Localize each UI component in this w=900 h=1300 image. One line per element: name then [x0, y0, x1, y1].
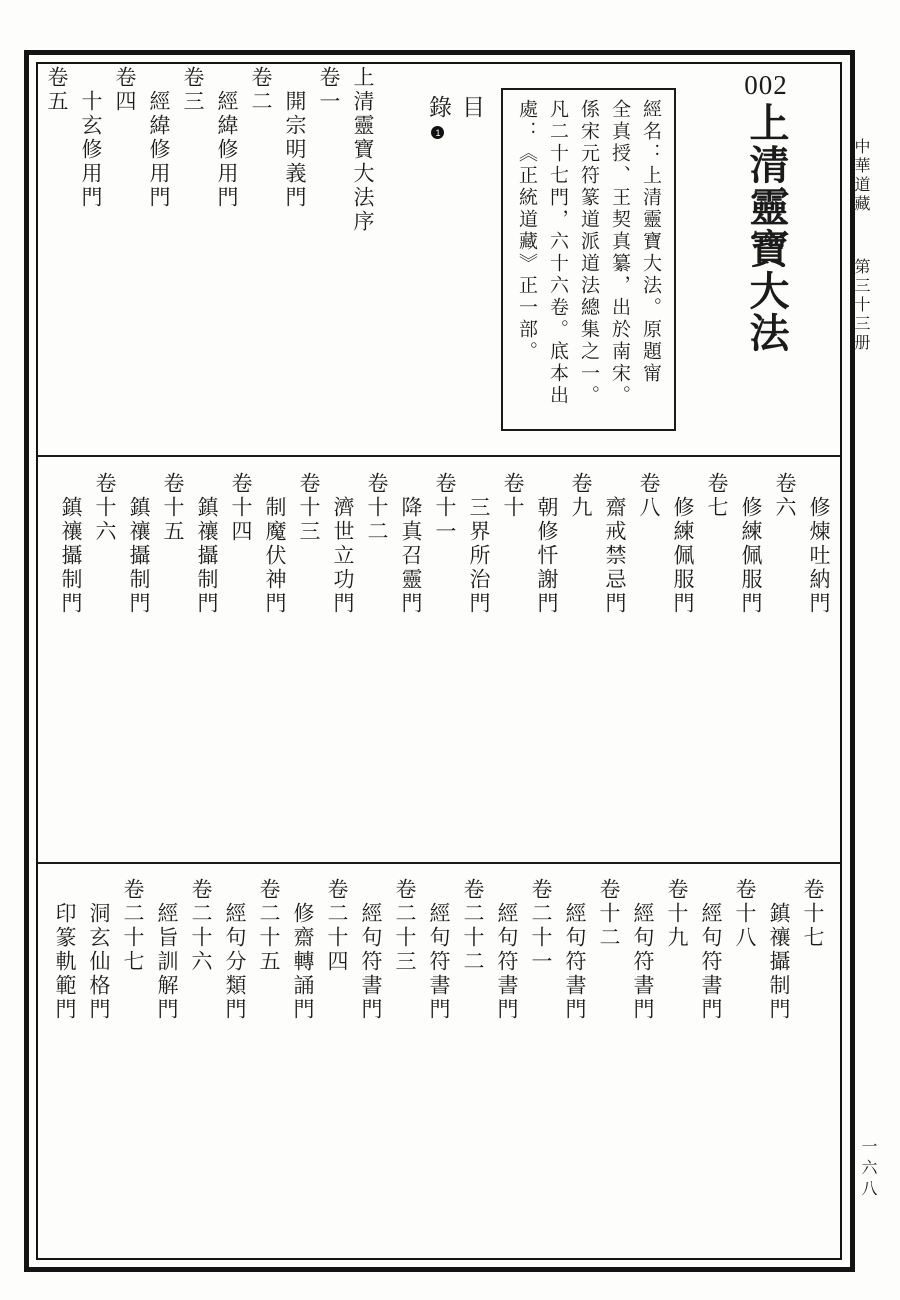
toc-entry-section-name: 修練佩服門: [734, 472, 768, 858]
toc-entry-section-name: 鎮禳攝制門: [762, 878, 796, 1256]
toc-entry: 卷十三: [292, 472, 326, 858]
toc-heading: 目錄1: [422, 95, 488, 192]
toc-entry-section-name: 朝修忏謝門: [530, 472, 564, 858]
toc-entry-section-name: 鎮禳攝制門: [190, 472, 224, 858]
toc-entry-section-name: 經句符書門: [626, 878, 660, 1256]
toc-entry: 卷六: [768, 472, 802, 858]
toc-entry-section-name: 經句符書門: [558, 878, 592, 1256]
colophon-line: 經名：上清靈寶大法。原題甯: [635, 99, 666, 420]
toc-entry: 卷十五: [156, 472, 190, 858]
colophon-line: 處：《正統道藏》正一部。: [511, 99, 542, 420]
toc-entry-section-name: 經句符書門: [694, 878, 728, 1256]
toc-entry: 卷十: [496, 472, 530, 858]
toc-entry-section-name: 三界所治門: [462, 472, 496, 858]
toc-row-1: 上清靈寶大法序卷一開宗明義門卷二經緯修用門卷三經緯修用門卷四十玄修用門卷五: [50, 66, 380, 452]
toc-entry-section-name: 經句符書門: [422, 878, 456, 1256]
toc-entry-section-name: 修煉吐納門: [802, 472, 836, 858]
section-divider-rule-1: [38, 455, 840, 457]
toc-entry: 卷十九: [660, 878, 694, 1256]
toc-heading-text: 目錄: [426, 95, 484, 148]
toc-entry: 卷七: [700, 472, 734, 858]
toc-entry: 卷二十六: [184, 878, 218, 1256]
toc-entry-section-name: 降真召靈門: [394, 472, 428, 858]
toc-entry-section-name: 洞玄仙格門: [82, 878, 116, 1256]
toc-row-3: 卷十七鎮禳攝制門卷十八經句符書門卷十九經句符書門卷十二經句符書門卷二十一經句符書…: [48, 878, 830, 1256]
toc-entry: 卷九: [564, 472, 598, 858]
toc-entry-section-name: 齋戒禁忌門: [598, 472, 632, 858]
colophon-line: 凡二十七門，六十六卷。底本出: [542, 99, 573, 420]
toc-entry: 卷四: [108, 66, 142, 452]
toc-entry: 卷八: [632, 472, 666, 858]
toc-entry-section-name: 經緯修用門: [142, 66, 176, 452]
colophon-line: 全真授、王契真纂，出於南宋。: [604, 99, 635, 420]
toc-entry: 上清靈寶大法序: [346, 66, 380, 452]
toc-entry-section-name: 修練佩服門: [666, 472, 700, 858]
toc-entry: 卷二十五: [252, 878, 286, 1256]
toc-entry: 卷二十三: [388, 878, 422, 1256]
toc-entry-section-name: 濟世立功門: [326, 472, 360, 858]
toc-entry-section-name: 十玄修用門: [74, 66, 108, 452]
section-divider-rule-2: [38, 862, 840, 864]
toc-entry-section-name: 經句分類門: [218, 878, 252, 1256]
toc-entry: 卷二十七: [116, 878, 150, 1256]
toc-entry: 卷二十二: [456, 878, 490, 1256]
toc-entry: 卷十一: [428, 472, 462, 858]
toc-entry-section-name: 修齋轉誦門: [286, 878, 320, 1256]
toc-entry-section-name: 鎮禳攝制門: [54, 472, 88, 858]
toc-entry-section-name: 經句符書門: [354, 878, 388, 1256]
spine-text: 中華道藏 第三十三册: [849, 138, 872, 353]
toc-entry: 卷五: [40, 66, 74, 452]
toc-entry: 卷十四: [224, 472, 258, 858]
spine-series-title: 中華道藏: [852, 138, 869, 214]
toc-entry-section-name: 經緯修用門: [210, 66, 244, 452]
toc-entry-section-name: 鎮禳攝制門: [122, 472, 156, 858]
toc-entry: 卷十七: [796, 878, 830, 1256]
catalogue-number: 002: [737, 70, 795, 101]
toc-row-2: 修煉吐納門卷六修練佩服門卷七修練佩服門卷八齋戒禁忌門卷九朝修忏謝門卷十三界所治門…: [54, 472, 836, 858]
main-title: 上清靈寶大法: [743, 102, 789, 354]
footnote-badge: 1: [431, 126, 444, 139]
toc-entry: 卷二十一: [524, 878, 558, 1256]
toc-entry: 卷十六: [88, 472, 122, 858]
toc-entry-section-name: 開宗明義門: [278, 66, 312, 452]
toc-entry-section-name: 經旨訓解門: [150, 878, 184, 1256]
toc-entry: 卷十八: [728, 878, 762, 1256]
toc-entry-section-name: 制魔伏神門: [258, 472, 292, 858]
toc-entry: 卷十二: [592, 878, 626, 1256]
toc-entry-section-name: 經句符書門: [490, 878, 524, 1256]
colophon-line: 係宋元符篆道派道法總集之一。: [573, 99, 604, 420]
colophon-note-box: 經名：上清靈寶大法。原題甯全真授、王契真纂，出於南宋。係宋元符篆道派道法總集之一…: [501, 88, 676, 431]
toc-entry-section-name: 印篆軌範門: [48, 878, 82, 1256]
toc-entry: 卷三: [176, 66, 210, 452]
toc-entry: 卷十二: [360, 472, 394, 858]
toc-entry: 卷二: [244, 66, 278, 452]
folio-page-number: 一六八: [856, 1138, 879, 1201]
spine-volume-number: 第三十三册: [852, 234, 869, 353]
toc-entry: 卷一: [312, 66, 346, 452]
toc-entry: 卷二十四: [320, 878, 354, 1256]
